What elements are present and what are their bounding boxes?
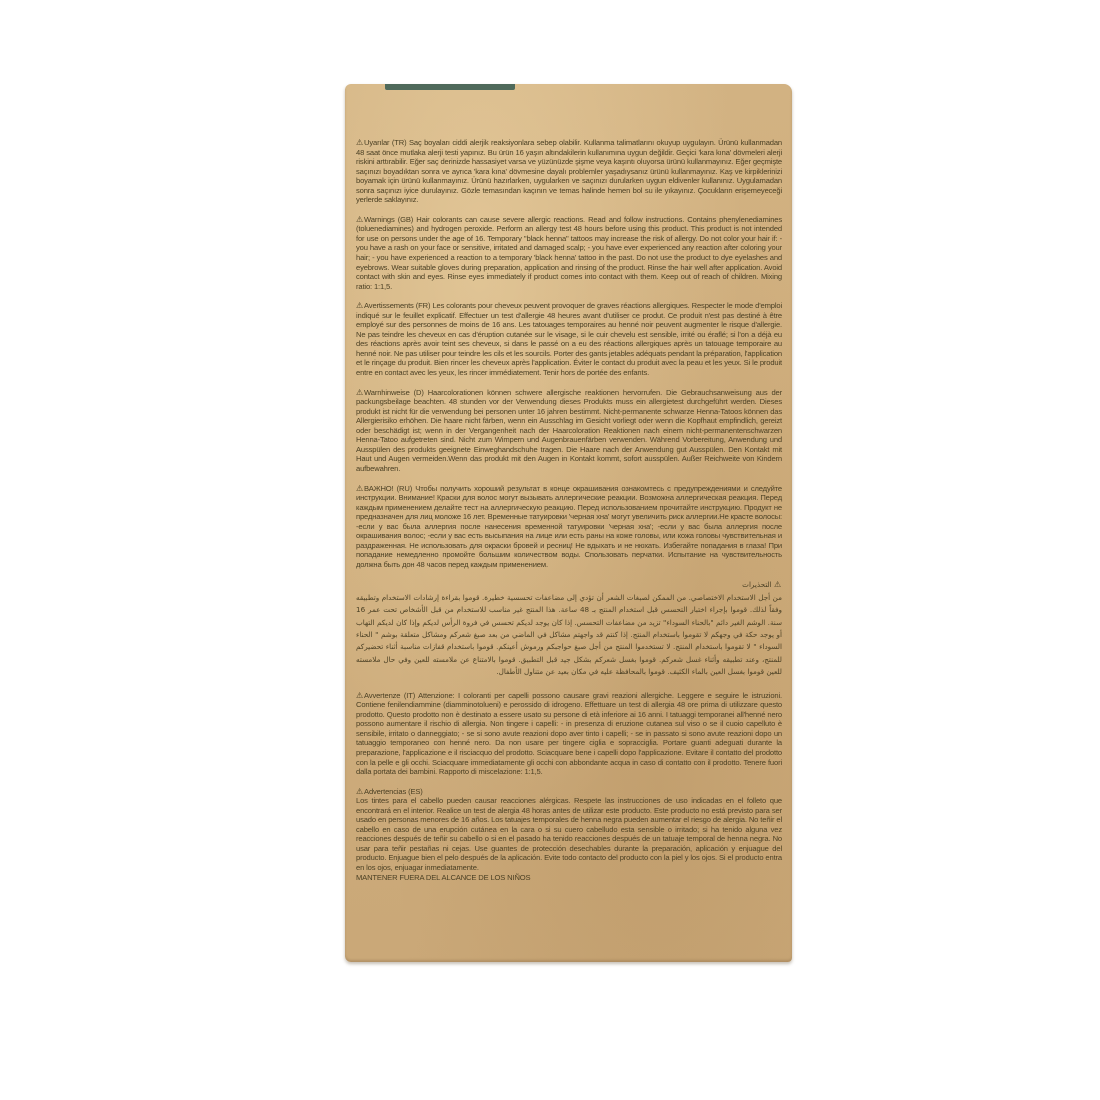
warning-heading: Avvertenze (IT) — [364, 691, 415, 700]
warning-de: ⚠Warnhinweise (D) Haarcolorationen könne… — [356, 388, 782, 474]
warning-heading: Warnings (GB) — [364, 215, 413, 224]
warning-triangle-icon: ⚠ — [356, 388, 363, 398]
warning-heading: ⚠Advertencias (ES) — [356, 787, 782, 797]
warning-triangle-icon: ⚠ — [356, 138, 363, 148]
warning-heading-text: Advertencias (ES) — [364, 787, 423, 796]
keep-away-from-children-notice: MANTENER FUERA DEL ALCANCE DE LOS NIÑOS — [356, 873, 782, 883]
warning-body: Чтобы получить хороший результат в конце… — [356, 484, 782, 569]
warning-triangle-icon: ⚠ — [356, 215, 363, 225]
warning-heading: Warnhinweise (D) — [364, 388, 424, 397]
warning-fr: ⚠Avertissements (FR) Les colorants pour … — [356, 301, 782, 377]
warning-ru: ⚠ВАЖНО! (RU) Чтобы получить хороший резу… — [356, 484, 782, 570]
product-box-back-panel: ⚠Uyarılar (TR) Saç boyaları ciddi alerji… — [345, 84, 792, 962]
warning-body: Los tintes para el cabello pueden causar… — [356, 796, 782, 872]
warning-triangle-icon: ⚠ — [356, 787, 363, 797]
warning-it: ⚠Avvertenze (IT) Attenzione: I coloranti… — [356, 691, 782, 777]
warning-triangle-icon: ⚠ — [356, 691, 363, 701]
warning-heading-text: التحذيرات — [742, 580, 772, 589]
warning-body: Saç boyaları ciddi alerjik reaksiyonlara… — [356, 138, 782, 204]
warning-triangle-icon: ⚠ — [774, 579, 781, 591]
green-label-tab — [385, 84, 515, 90]
warning-heading: ВАЖНО! (RU) — [364, 484, 412, 493]
warning-triangle-icon: ⚠ — [356, 301, 363, 311]
warning-es: ⚠Advertencias (ES) Los tintes para el ca… — [356, 787, 782, 882]
warning-body: Attenzione: I coloranti per capelli poss… — [356, 691, 782, 776]
warnings-panel: ⚠Uyarılar (TR) Saç boyaları ciddi alerji… — [356, 138, 782, 892]
warning-triangle-icon: ⚠ — [356, 484, 363, 494]
warning-heading: Uyarılar (TR) — [364, 138, 406, 147]
warning-tr: ⚠Uyarılar (TR) Saç boyaları ciddi alerji… — [356, 138, 782, 205]
warning-gb: ⚠Warnings (GB) Hair colorants can cause … — [356, 215, 782, 291]
warning-body: Hair colorants can cause severe allergic… — [356, 215, 782, 291]
warning-body: Haarcolorationen können schwere allergis… — [356, 388, 782, 473]
warning-body: من أجل الاستخدام الاختصاصي. من الممكن لص… — [356, 593, 782, 676]
warning-heading: Avertissements (FR) — [364, 301, 430, 310]
warning-ar: ⚠ التحذيرات من أجل الاستخدام الاختصاصي. … — [356, 579, 782, 678]
warning-body: Les colorants pour cheveux peuvent provo… — [356, 301, 782, 377]
warning-heading: ⚠ التحذيرات — [356, 579, 782, 591]
